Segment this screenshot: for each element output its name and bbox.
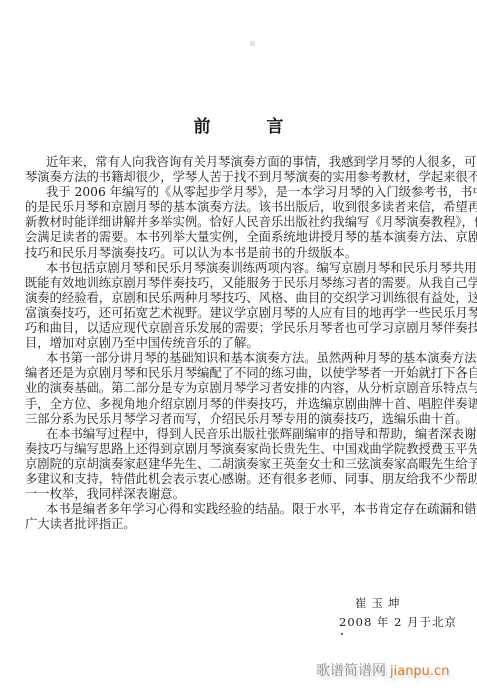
paragraph-3-line-3: 演奏的经验看，京剧和民乐两种月琴技巧、风格、曲目的交织学习训练很有益处，这不仅可… xyxy=(25,291,449,306)
page-title: 前言 xyxy=(0,112,477,137)
title-char-1: 前 xyxy=(194,112,211,137)
paragraph-2-line-2: 的是民乐月琴和京剧月琴的基本演奏方法。该书出版后，收到很多读者来信，希望再版或重… xyxy=(25,200,449,215)
paragraph-3-line-1: 本书包括京剧月琴和民乐月琴演奏训练两项内容。编写京剧月琴和民乐月琴共用教程， xyxy=(25,261,449,276)
watermark-url-text: jianpu.cn xyxy=(390,664,449,679)
paragraph-4-line-1: 本书第一部分讲月琴的基础知识和基本演奏方法。虽然两种月琴的基本演奏方法相同， xyxy=(25,351,449,366)
paragraph-3-line-4: 富演奏技巧，还可拓宽艺术视野。建议学京剧月琴的人应有目的地再学一些民乐月琴演奏技 xyxy=(25,306,449,321)
paragraph-5-line-3: 京剧院的京胡演奏家赵建华先生、二胡演奏家王英奎女士和三弦演奏家高暇先生给予我的诸 xyxy=(25,457,449,472)
paragraph-4-line-3: 业的演奏基础。第二部分是专为京剧月琴学习者安排的内容，从分析京剧音乐特点与韵味入 xyxy=(25,381,449,396)
site-watermark: 歌谱简谱网jianpu.cn xyxy=(316,660,466,682)
paragraph-4-line-2: 编者还是为京剧月琴和民乐月琴编配了不同的练习曲，以使学琴者一开始就打下各自所学专 xyxy=(25,366,449,381)
paragraph-4-line-5: 三部分系为民乐月琴学习者而写，介绍民乐月琴专用的演奏技巧，选编乐曲十首。 xyxy=(25,412,449,427)
title-char-2: 言 xyxy=(267,112,284,137)
paragraph-1-line-2: 琴演奏方法的书籍却很少，学琴人苦于找不到月琴演奏的实用参考教材，学起来很不方便。 xyxy=(25,170,449,185)
scan-artifact xyxy=(250,41,255,46)
paragraph-6-line-2: 广大读者批评指正。 xyxy=(25,517,449,532)
preface-body: 近年来，常有人向我咨询有关月琴演奏方面的事情，我感到学月琴的人很多，可是介绍月 … xyxy=(25,155,449,532)
paragraph-5-line-2: 奏技巧与编写思路上还得到京剧月琴演奏家尚长贵先生、中国戏曲学院教授费玉平先生、国… xyxy=(25,442,449,457)
paragraph-2-line-5: 技巧和民乐月琴演奏技巧。可以认为本书是前书的升级版本。 xyxy=(25,246,449,261)
paragraph-2-line-1: 我于 2006 年编写的《从零起步学月琴》，是一本学习月琴的入门级参考书，书中主… xyxy=(25,185,449,200)
paragraph-1-line-1: 近年来，常有人向我咨询有关月琴演奏方面的事情，我感到学月琴的人很多，可是介绍月 xyxy=(25,155,449,170)
paragraph-5-line-4: 多建议和支持，特借此机会表示衷心感谢。还有很多老师、同事、朋友给我不少帮助，这里… xyxy=(25,472,449,487)
document-page: 前言 近年来，常有人向我咨询有关月琴演奏方面的事情，我感到学月琴的人很多，可是介… xyxy=(0,0,477,690)
paragraph-5-line-5: 一一枚举，我同样深表谢意。 xyxy=(25,487,449,502)
paragraph-4-line-4: 手，全方位、多视角地介绍京剧月琴的伴奏技巧，并选编京剧曲牌十首、唱腔伴奏谱十八段… xyxy=(25,397,449,412)
paragraph-3-line-6: 目，增加对京剧乃至中国传统音乐的了解。 xyxy=(25,336,449,351)
paragraph-6-line-1: 本书是编者多年学习心得和实践经验的结晶。限于水平，本书肯定存在疏漏和错误，希望 xyxy=(25,502,449,517)
paragraph-3-line-5: 巧和曲目，以适应现代京剧音乐发展的需要；学民乐月琴者也可学习京剧月琴伴奏技巧和剧 xyxy=(25,321,449,336)
paragraph-2-line-3: 新教材时能详细讲解并多举实例。恰好人民音乐出版社约我编写《月琴演奏教程》，使我有… xyxy=(25,215,449,230)
scan-dot xyxy=(341,633,343,635)
signature-date-place: 2008 年 2 月于北京 xyxy=(339,614,457,630)
paragraph-2-line-4: 会满足读者的需要。本书列举大量实例，全面系统地讲授月琴的基本演奏方法、京剧月琴伴… xyxy=(25,230,449,245)
paragraph-3-line-2: 既能有效地训练京剧月琴伴奏技巧，又能服务于民乐月琴练习者的需要。从我自己学习月琴 xyxy=(25,276,449,291)
paragraph-5-line-1: 在本书编写过程中，得到人民音乐出版社张辉副编审的指导和帮助，编者深表谢忱。在演 xyxy=(25,427,449,442)
watermark-chinese-text: 歌谱简谱网 xyxy=(316,663,386,679)
author-signature: 崔玉坤 xyxy=(355,595,405,611)
